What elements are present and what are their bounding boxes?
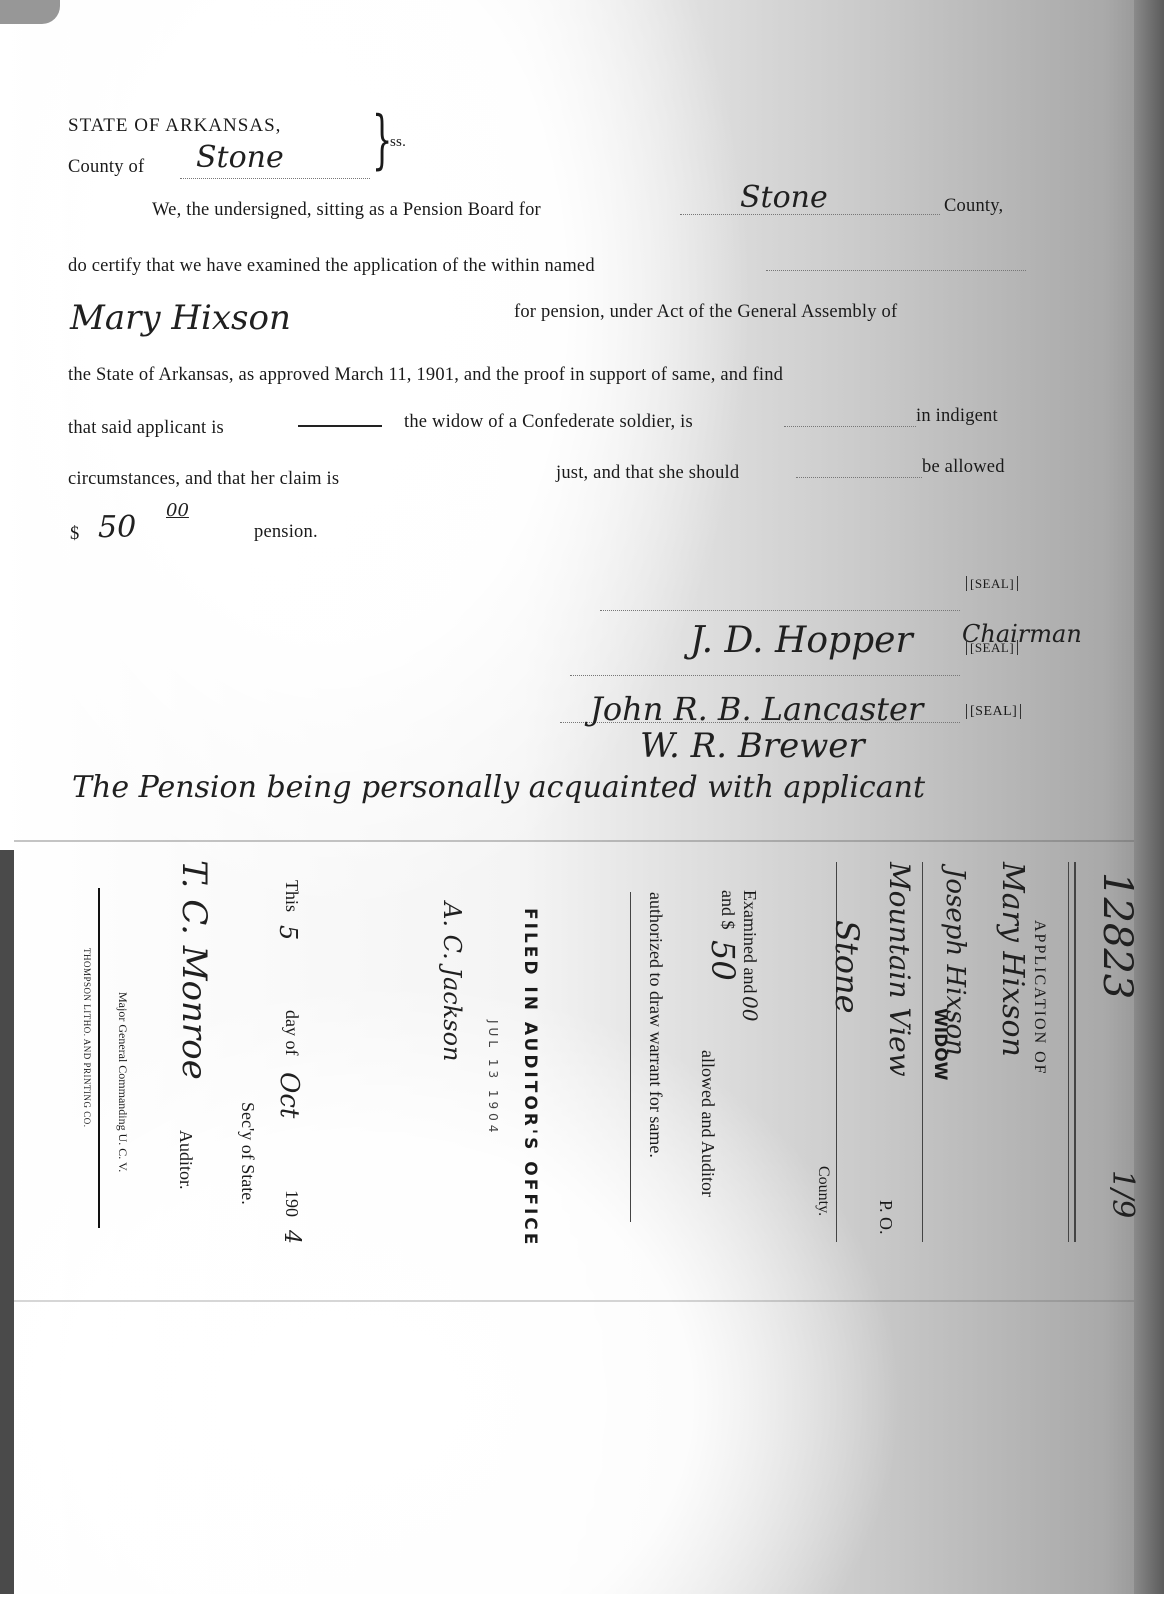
application-of-label: APPLICATION OF — [1030, 920, 1048, 1076]
applicant-name-handwritten: Mary Hixson — [70, 298, 291, 338]
county-handwritten: Stone — [196, 140, 284, 175]
auditor-signature: T. C. Monroe — [174, 860, 214, 1080]
examined-and: Examined and — [739, 890, 760, 993]
seal-2: [SEAL] — [966, 640, 1018, 655]
soldier-name: Joseph Hixson — [940, 868, 970, 1056]
signature-member-1: John R. B. Lancaster — [590, 690, 923, 728]
rule-line — [1074, 862, 1076, 1242]
filed-signature: A. C. Jackson — [438, 902, 466, 1062]
back-amount-cents: 00 — [738, 996, 762, 1021]
rule-line — [922, 862, 923, 1242]
scan-bottom-margin — [0, 1594, 1164, 1610]
scanned-document-page: STATE OF ARKANSAS, County of Stone } ss.… — [0, 0, 1164, 1610]
filed-date-stamp: JUL 13 1904 — [486, 1020, 500, 1136]
year-suffix-handwritten: 4 — [279, 1230, 304, 1244]
printer-imprint: THOMPSON LITHO. AND PRINTING CO. — [82, 948, 92, 1128]
po-label: P. O. — [875, 1200, 896, 1235]
rule-line — [1068, 862, 1069, 1242]
scan-edge-left — [0, 850, 14, 1595]
signature-line — [600, 610, 960, 611]
signature-chairman: J. D. Hopper — [690, 620, 913, 661]
auditor-label: Auditor. — [175, 1130, 196, 1190]
year-prefix: 190 — [281, 1190, 302, 1217]
day-number-handwritten: 5 — [274, 925, 302, 940]
dotted-line — [766, 270, 1026, 271]
line-pension-board: We, the undersigned, sitting as a Pensio… — [152, 200, 541, 221]
county-label: County of — [68, 157, 144, 178]
secretary-of-state-label: Sec'y of State. — [237, 1102, 258, 1205]
rule-line — [630, 892, 631, 1222]
fold-crease — [14, 840, 1134, 842]
handwritten-note: The Pension being personally acquainted … — [72, 770, 925, 805]
this-label: This — [281, 880, 302, 912]
be-allowed: be allowed — [922, 457, 1005, 478]
line-widow-of: the widow of a Confederate soldier, is — [404, 412, 693, 433]
county-label-back: County. — [814, 1166, 832, 1216]
dotted-line — [796, 477, 922, 478]
file-suffix-handwritten: 1/9 — [1105, 1170, 1140, 1218]
in-indigent: in indigent — [916, 406, 998, 427]
seal-1: [SEAL] — [966, 576, 1018, 591]
rule-line — [836, 862, 837, 1242]
line-circumstances: circumstances, and that her claim is — [68, 469, 339, 490]
major-general-label: Major General Commanding U. C. V. — [115, 992, 130, 1172]
pension-word: pension. — [254, 522, 318, 543]
ss-label: ss. — [390, 134, 406, 151]
county-dotted-line — [180, 178, 370, 179]
fold-crease-lower — [14, 1300, 1134, 1302]
scan-edge-right — [1134, 0, 1164, 1595]
back-amount-handwritten: 50 — [704, 940, 742, 981]
signature-line — [570, 675, 960, 676]
county-word: County, — [944, 196, 1003, 217]
line-act-approved: the State of Arkansas, as approved March… — [68, 365, 783, 386]
back-applicant-name: Mary Hixson — [995, 862, 1030, 1057]
allowed-and-auditor: allowed and Auditor — [697, 1050, 718, 1197]
rule-line — [98, 888, 100, 1228]
line-for-pension: for pension, under Act of the General As… — [514, 302, 897, 323]
filed-auditors-office-stamp: FILED IN AUDITOR'S OFFICE — [520, 908, 540, 1247]
state-heading: STATE OF ARKANSAS, — [68, 115, 281, 137]
and-dollar: and $ — [717, 890, 738, 930]
dollar-sign: $ — [70, 524, 79, 545]
month-handwritten: Oct — [274, 1072, 304, 1118]
dotted-line — [784, 426, 916, 427]
authorized-text: authorized to draw warrant for same. — [645, 892, 666, 1158]
struck-out-mark — [298, 425, 382, 427]
amount-handwritten: 50 — [98, 510, 136, 545]
board-county-handwritten: Stone — [740, 180, 828, 215]
amount-cents-handwritten: 00 — [166, 500, 189, 521]
line-just: just, and that she should — [556, 463, 739, 484]
seal-3: [SEAL] — [966, 704, 1021, 719]
post-office-handwritten: Mountain View — [883, 862, 916, 1077]
line-applicant-is: that said applicant is — [68, 418, 224, 439]
scan-shadow-corner — [0, 0, 60, 24]
signature-member-2: W. R. Brewer — [640, 726, 865, 766]
file-number-handwritten: 12823 — [1094, 872, 1140, 999]
back-county-handwritten: Stone — [828, 920, 866, 1014]
line-certify: do certify that we have examined the app… — [68, 256, 595, 277]
day-of-label: day of — [281, 1010, 302, 1055]
